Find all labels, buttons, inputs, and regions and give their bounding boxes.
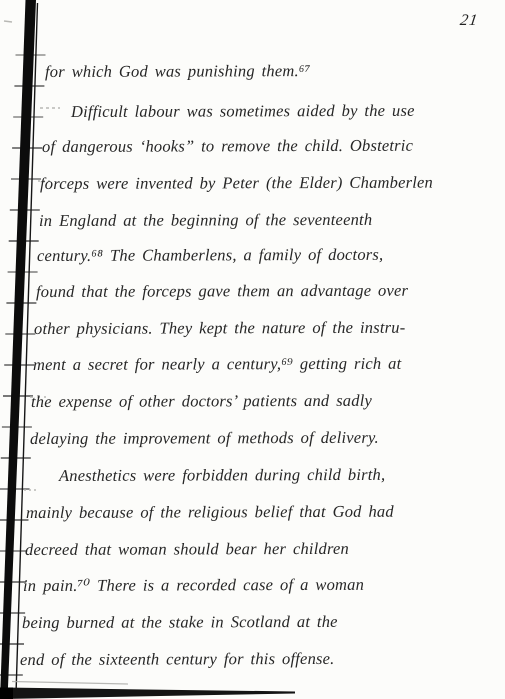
handwritten-line-1: for which God was punishing them.⁶⁷ (45, 61, 311, 82)
handwritten-line-11: delaying the improvement of methods of d… (30, 428, 379, 449)
handwritten-line-16: being burned at the stake in Scotland at… (22, 612, 338, 633)
handwritten-line-7: found that the forceps gave them an adva… (36, 281, 408, 302)
handwritten-line-2: Difficult labour was sometimes aided by … (71, 101, 415, 122)
handwritten-line-17: end of the sixteenth century for this of… (20, 649, 335, 670)
handwritten-line-5: in England at the beginning of the seven… (39, 210, 372, 231)
handwritten-line-8: other physicians. They kept the nature o… (34, 318, 405, 339)
handwritten-line-4: forceps were invented by Peter (the Elde… (40, 173, 433, 194)
page-number: 21 (459, 12, 480, 30)
handwritten-line-6: century.⁶⁸ The Chamberlens, a family of … (37, 245, 383, 266)
handwritten-line-12: Anesthetics were forbidden during child … (59, 465, 385, 486)
handwritten-line-15: in pain.⁷⁰ There is a recorded case of a… (23, 575, 364, 596)
bottom-page-edge (0, 682, 295, 699)
handwritten-line-9: ment a secret for nearly a century,⁶⁹ ge… (33, 354, 401, 375)
handwritten-line-10: the expense of other doctors’ patients a… (31, 391, 372, 412)
handwritten-line-3: of dangerous ‘hooks” to remove the child… (42, 136, 413, 157)
handwritten-line-13: mainly because of the religious belief t… (26, 502, 394, 523)
notebook-page: 21 for which God was punishing them.⁶⁷ D… (0, 0, 505, 699)
handwritten-line-14: decreed that woman should bear her child… (25, 539, 349, 560)
